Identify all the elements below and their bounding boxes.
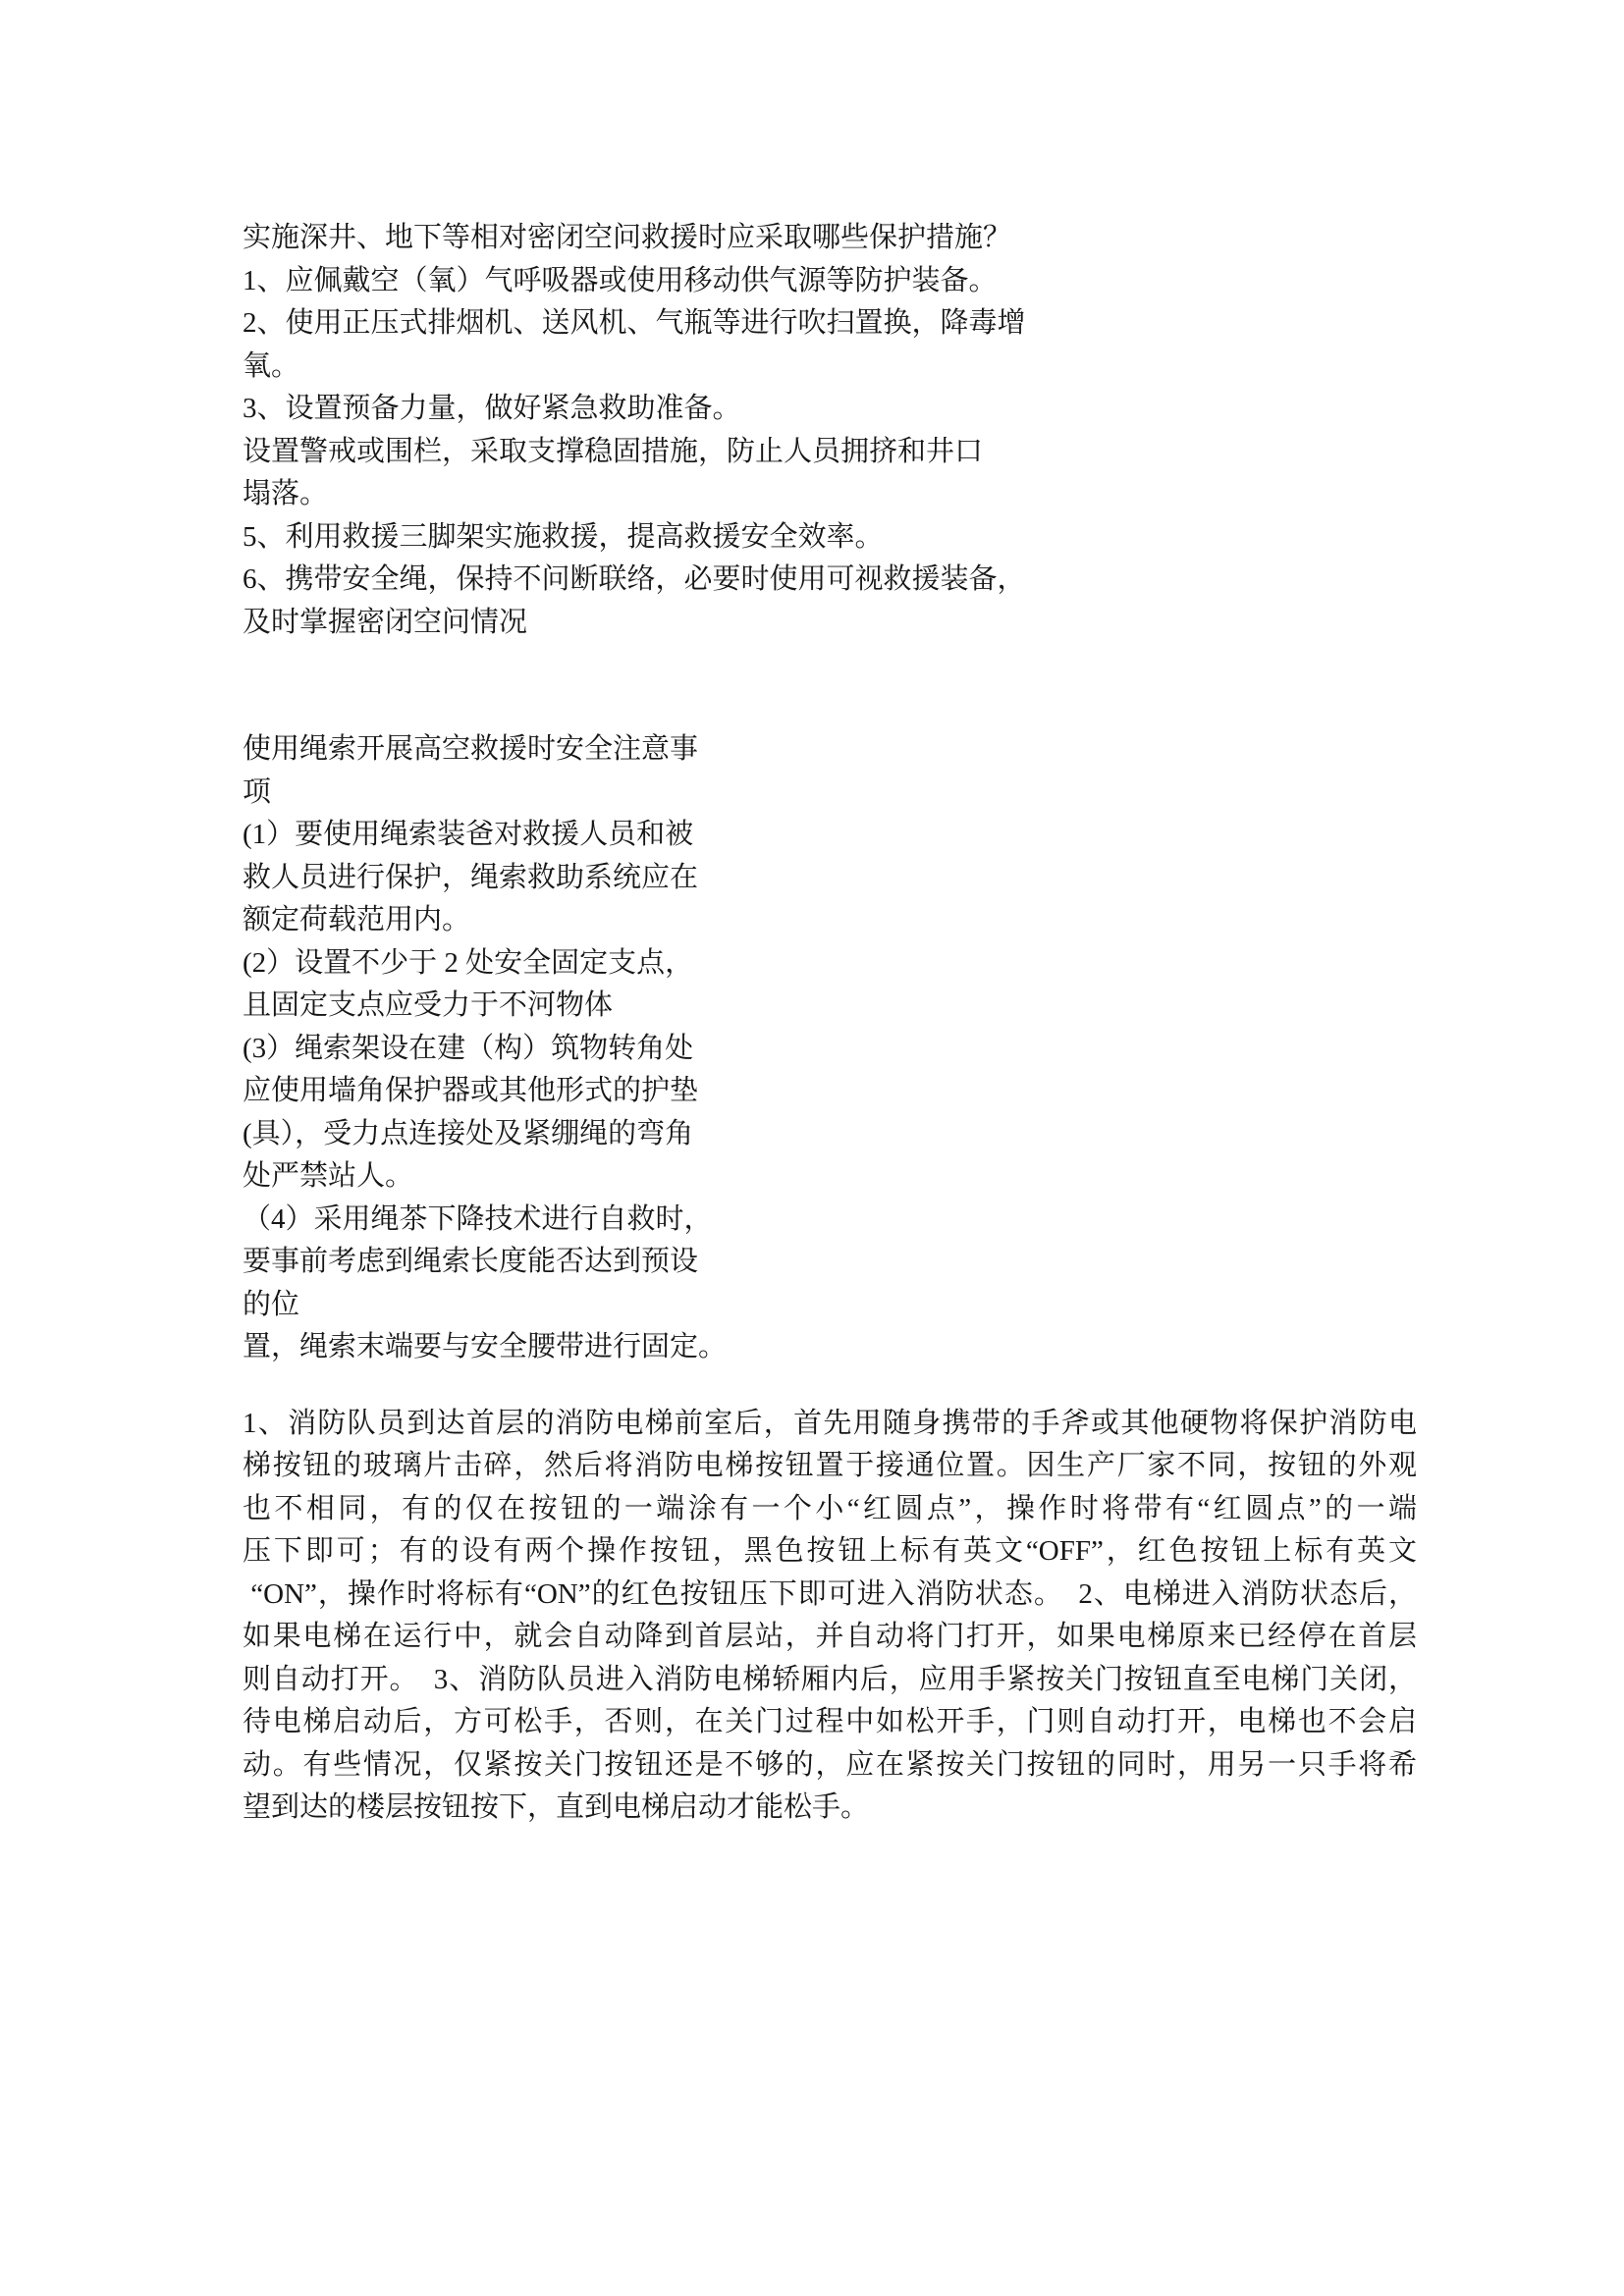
text-line: 且固定支点应受力于不河物体: [243, 985, 718, 1028]
text-line: 置，绳索末端要与安全腰带进行固定。: [243, 1326, 718, 1369]
document-content: 实施深井、地下等相对密闭空问救援时应采取哪些保护措施？ 1、应佩戴空（氧）气呼吸…: [243, 217, 1417, 1830]
text-line: 设置警戒或围栏，采取支撑稳固措施，防止人员拥挤和井口: [243, 431, 1417, 474]
text-line: 及时掌握密闭空问情况: [243, 602, 1417, 645]
text-line: “ON”，操作时将标有“ON”的红色按钮压下即可进入消防状态。 2、电梯进入消防…: [243, 1574, 1417, 1617]
text-line: 5、利用救援三脚架实施救援，提高救援安全效率。: [243, 516, 1417, 560]
text-line: 1、应佩戴空（氧）气呼吸器或使用移动供气源等防护装备。: [243, 260, 1417, 303]
text-line: 处严禁站人。: [243, 1155, 718, 1199]
text-line: 如果电梯在运行中，就会自动降到首层站，并自动将门打开，如果电梯原来已经停在首层: [243, 1616, 1417, 1659]
text-line: 额定荷载范用内。: [243, 899, 718, 942]
text-line: （4）采用绳茶下降技术进行自救时，: [243, 1199, 718, 1242]
text-line: 6、携带安全绳，保持不问断联络，必要时使用可视救援装备，: [243, 559, 1417, 602]
text-line: 梯按钮的玻璃片击碎，然后将消防电梯按钮置于接通位置。因生产厂家不同，按钮的外观: [243, 1445, 1417, 1488]
text-line: 的位: [243, 1284, 718, 1327]
text-line: (3）绳索架设在建（构）筑物转角处: [243, 1028, 718, 1071]
text-line: 氧。: [243, 346, 1417, 389]
text-line: (具），受力点连接处及紧绷绳的弯角: [243, 1113, 718, 1156]
text-line: 塌落。: [243, 473, 1417, 516]
section-rope-rescue-notes: 使用绳索开展高空救援时安全注意事 项 (1）要使用绳索装爸对救援人员和被 救人员…: [243, 728, 718, 1369]
section-confined-space-rescue: 实施深井、地下等相对密闭空问救援时应采取哪些保护措施？ 1、应佩戴空（氧）气呼吸…: [243, 217, 1417, 644]
text-line: 2、使用正压式排烟机、送风机、气瓶等进行吹扫置换，降毒增: [243, 302, 1417, 346]
text-line: 应使用墙角保护器或其他形式的护垫: [243, 1070, 718, 1113]
section-fire-elevator-procedure: 1、消防队员到达首层的消防电梯前室后，首先用随身携带的手斧或其他硬物将保护消防电…: [243, 1403, 1417, 1830]
text-line: 压下即可；有的设有两个操作按钮，黑色按钮上标有英文“OFF”，红色按钮上标有英文: [243, 1530, 1417, 1574]
text-line: 也不相同，有的仅在按钮的一端涂有一个小“红圆点”，操作时将带有“红圆点”的一端: [243, 1488, 1417, 1531]
text-line: 动。有些情况，仅紧按关门按钮还是不够的，应在紧按关门按钮的同时，用另一只手将希: [243, 1744, 1417, 1788]
text-line: 实施深井、地下等相对密闭空问救援时应采取哪些保护措施？: [243, 217, 1417, 260]
text-line: 救人员进行保护，绳索救助系统应在: [243, 857, 718, 900]
text-line: 待电梯启动后，方可松手，否则，在关门过程中如松开手，门则自动打开，电梯也不会启: [243, 1701, 1417, 1744]
text-line: 3、设置预备力量，做好紧急救助准备。: [243, 388, 1417, 431]
text-line: 望到达的楼层按钮按下，直到电梯启动才能松手。: [243, 1787, 1417, 1830]
text-line: (2）设置不少于 2 处安全固定支点，: [243, 942, 718, 986]
text-line: 使用绳索开展高空救援时安全注意事: [243, 728, 718, 772]
text-line: 则自动打开。 3、消防队员进入消防电梯轿厢内后，应用手紧按关门按钮直至电梯门关闭…: [243, 1659, 1417, 1702]
text-line: (1）要使用绳索装爸对救援人员和被: [243, 814, 718, 857]
text-line: 1、消防队员到达首层的消防电梯前室后，首先用随身携带的手斧或其他硬物将保护消防电: [243, 1403, 1417, 1446]
text-line: 项: [243, 772, 718, 815]
text-line: 要事前考虑到绳索长度能否达到预设: [243, 1241, 718, 1284]
document-page: 实施深井、地下等相对密闭空问救援时应采取哪些保护措施？ 1、应佩戴空（氧）气呼吸…: [0, 0, 1624, 2296]
